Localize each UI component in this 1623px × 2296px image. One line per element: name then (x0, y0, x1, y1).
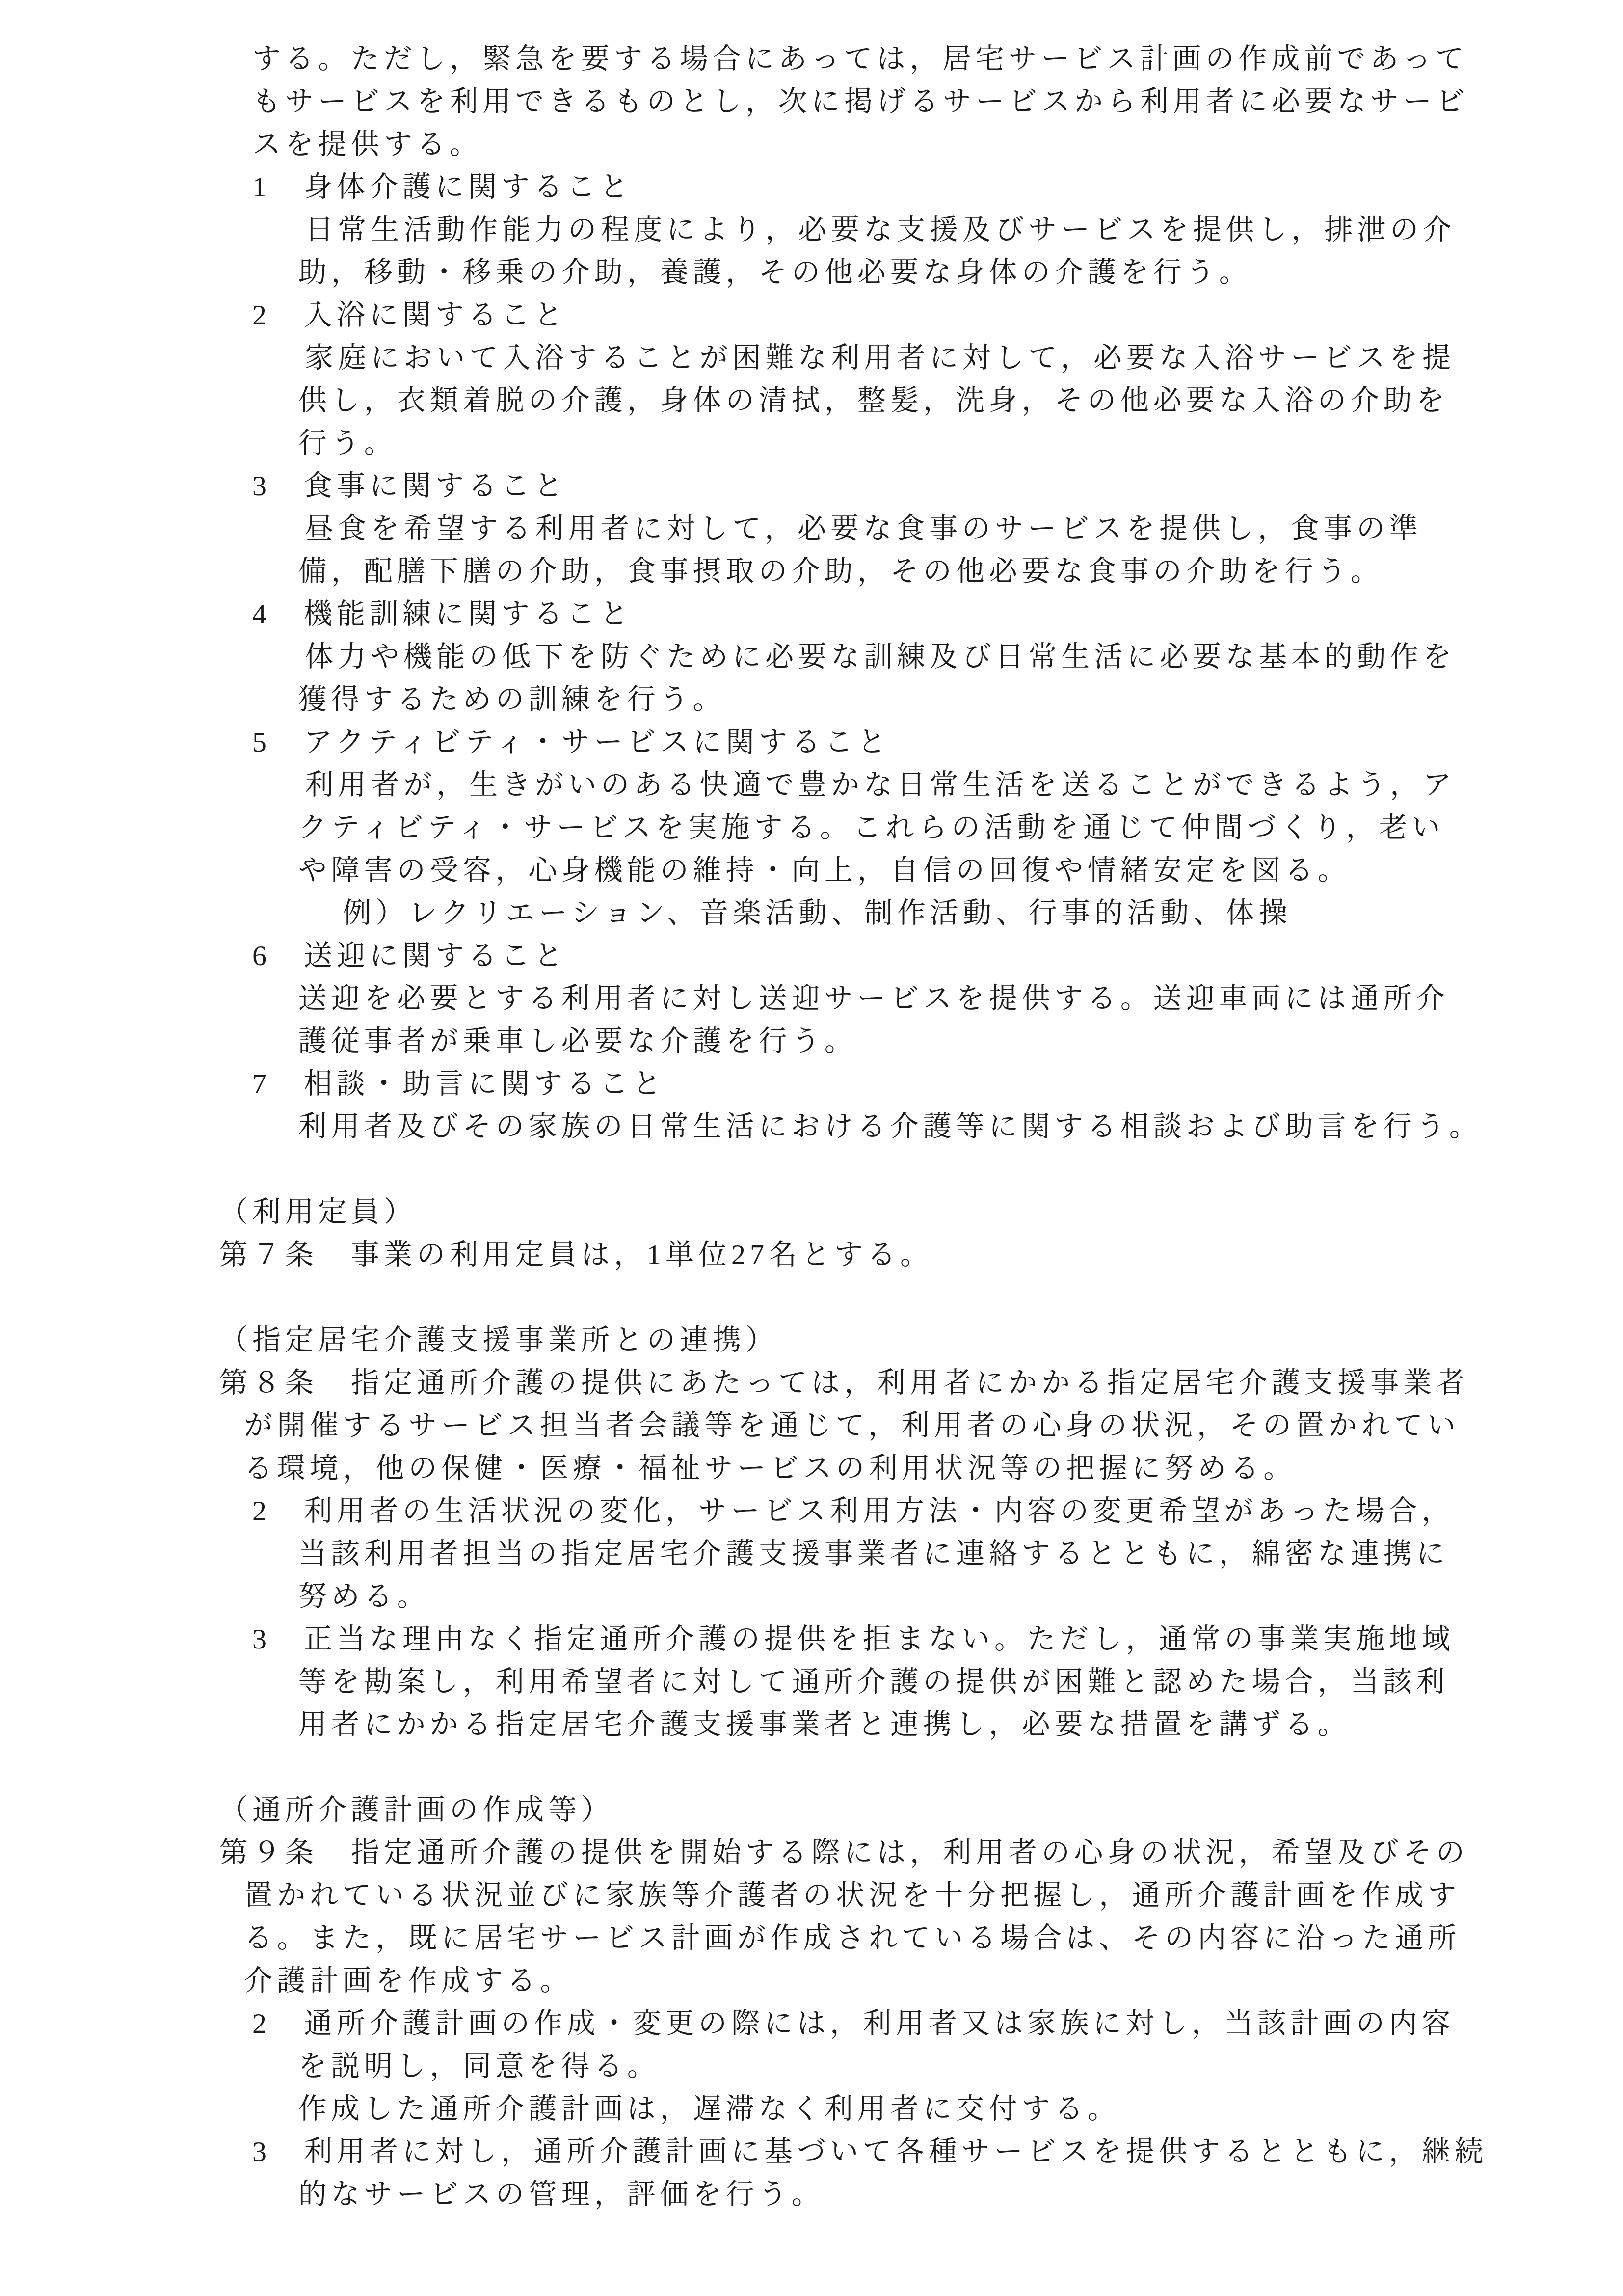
list-item-body: 送迎を必要とする利用者に対し送迎サービスを提供する。送迎車両には通所介 (219, 977, 1505, 1020)
blank-line (219, 1148, 1505, 1190)
list-item-body: や障害の受容，心身機能の維持・向上，自信の回復や情緒安定を図る。 (219, 849, 1505, 891)
list-item-heading: 7 相談・助言に関すること (219, 1062, 1505, 1105)
article-body-line: る。また，既に居宅サービス計画が作成されている場合は、その内容に沿った通所 (219, 1917, 1505, 1959)
list-item-body: 護従事者が乗車し必要な介護を行う。 (219, 1020, 1505, 1062)
body-continuation-line: もサービスを利用できるものとし，次に掲げるサービスから利用者に必要なサービ (219, 80, 1505, 123)
body-continuation-line: スを提供する。 (219, 123, 1505, 165)
article-first-line: 第７条 事業の利用定員は，1単位27名とする。 (219, 1233, 1505, 1276)
blank-line (219, 1746, 1505, 1788)
list-item-heading: 2 入浴に関すること (219, 294, 1505, 336)
sub-item-body: 当該利用者担当の指定居宅介護支援事業者に連絡するとともに，綿密な連携に (219, 1532, 1505, 1575)
article-first-line: 第８条 指定通所介護の提供にあたっては，利用者にかかる指定居宅介護支援事業者 (219, 1361, 1505, 1404)
section-heading: （利用定員） (219, 1190, 1505, 1233)
section-heading: （指定居宅介護支援事業所との連携） (219, 1319, 1505, 1361)
article-first-line: 第９条 指定通所介護の提供を開始する際には，利用者の心身の状況，希望及びその (219, 1831, 1505, 1874)
sub-item-body: 用者にかかる指定居宅介護支援事業者と連携し，必要な措置を講ずる。 (219, 1703, 1505, 1746)
document-page: する。ただし，緊急を要する場合にあっては，居宅サービス計画の作成前であってもサー… (0, 0, 1623, 2296)
article-body-line: る環境，他の保健・医療・福祉サービスの利用状況等の把握に努める。 (219, 1447, 1505, 1489)
list-item-body: 体力や機能の低下を防ぐために必要な訓練及び日常生活に必要な基本的動作を (219, 635, 1505, 678)
section-heading: （通所介護計画の作成等） (219, 1788, 1505, 1831)
list-item-heading: 1 身体介護に関すること (219, 165, 1505, 208)
sub-item-body: 作成した通所介護計画は，遅滞なく利用者に交付する。 (219, 2087, 1505, 2130)
list-item-body: 昼食を希望する利用者に対して，必要な食事のサービスを提供し，食事の準 (219, 507, 1505, 550)
list-item-heading: 6 送迎に関すること (219, 934, 1505, 977)
sub-item-body: 的なサービスの管理，評価を行う。 (219, 2173, 1505, 2215)
example-line: 例）レクリエーション、音楽活動、制作活動、行事的活動、体操 (219, 891, 1505, 934)
list-item-body: 供し，衣類着脱の介護，身体の清拭，整髪，洗身，その他必要な入浴の介助を (219, 379, 1505, 422)
list-item-body: 利用者が，生きがいのある快適で豊かな日常生活を送ることができるよう，ア (219, 763, 1505, 806)
sub-item-line: 3 正当な理由なく指定通所介護の提供を拒まない。ただし，通常の事業実施地域 (219, 1618, 1505, 1660)
sub-item-line: 2 利用者の生活状況の変化，サービス利用方法・内容の変更希望があった場合， (219, 1489, 1505, 1532)
article-body-line: が開催するサービス担当者会議等を通じて，利用者の心身の状況，その置かれてい (219, 1404, 1505, 1447)
sub-item-body: 等を勘案し，利用希望者に対して通所介護の提供が困難と認めた場合，当該利 (219, 1660, 1505, 1703)
list-item-body: 日常生活動作能力の程度により，必要な支援及びサービスを提供し，排泄の介 (219, 208, 1505, 251)
sub-item-body: 努める。 (219, 1575, 1505, 1618)
list-item-body: 助，移動・移乗の介助，養護，その他必要な身体の介護を行う。 (219, 251, 1505, 294)
list-item-body: 利用者及びその家族の日常生活における介護等に関する相談および助言を行う。 (219, 1105, 1505, 1148)
blank-line (219, 1276, 1505, 1319)
list-item-body: クティビティ・サービスを実施する。これらの活動を通じて仲間づくり，老い (219, 806, 1505, 849)
list-item-body: 備，配膳下膳の介助，食事摂取の介助，その他必要な食事の介助を行う。 (219, 550, 1505, 593)
list-item-body: 行う。 (219, 422, 1505, 464)
sub-item-line: 3 利用者に対し，通所介護計画に基づいて各種サービスを提供するとともに，継続 (219, 2130, 1505, 2173)
document-text: する。ただし，緊急を要する場合にあっては，居宅サービス計画の作成前であってもサー… (0, 0, 1623, 2215)
article-body-line: 介護計画を作成する。 (219, 1959, 1505, 2002)
list-item-body: 家庭において入浴することが困難な利用者に対して，必要な入浴サービスを提 (219, 336, 1505, 379)
list-item-heading: 5 アクティビティ・サービスに関すること (219, 721, 1505, 763)
sub-item-line: 2 通所介護計画の作成・変更の際には，利用者又は家族に対し，当該計画の内容 (219, 2002, 1505, 2045)
article-body-line: 置かれている状況並びに家族等介護者の状況を十分把握し，通所介護計画を作成す (219, 1874, 1505, 1917)
body-continuation-line: する。ただし，緊急を要する場合にあっては，居宅サービス計画の作成前であって (219, 37, 1505, 80)
sub-item-body: を説明し，同意を得る。 (219, 2045, 1505, 2087)
list-item-heading: 3 食事に関すること (219, 464, 1505, 507)
list-item-body: 獲得するための訓練を行う。 (219, 678, 1505, 721)
list-item-heading: 4 機能訓練に関すること (219, 593, 1505, 635)
